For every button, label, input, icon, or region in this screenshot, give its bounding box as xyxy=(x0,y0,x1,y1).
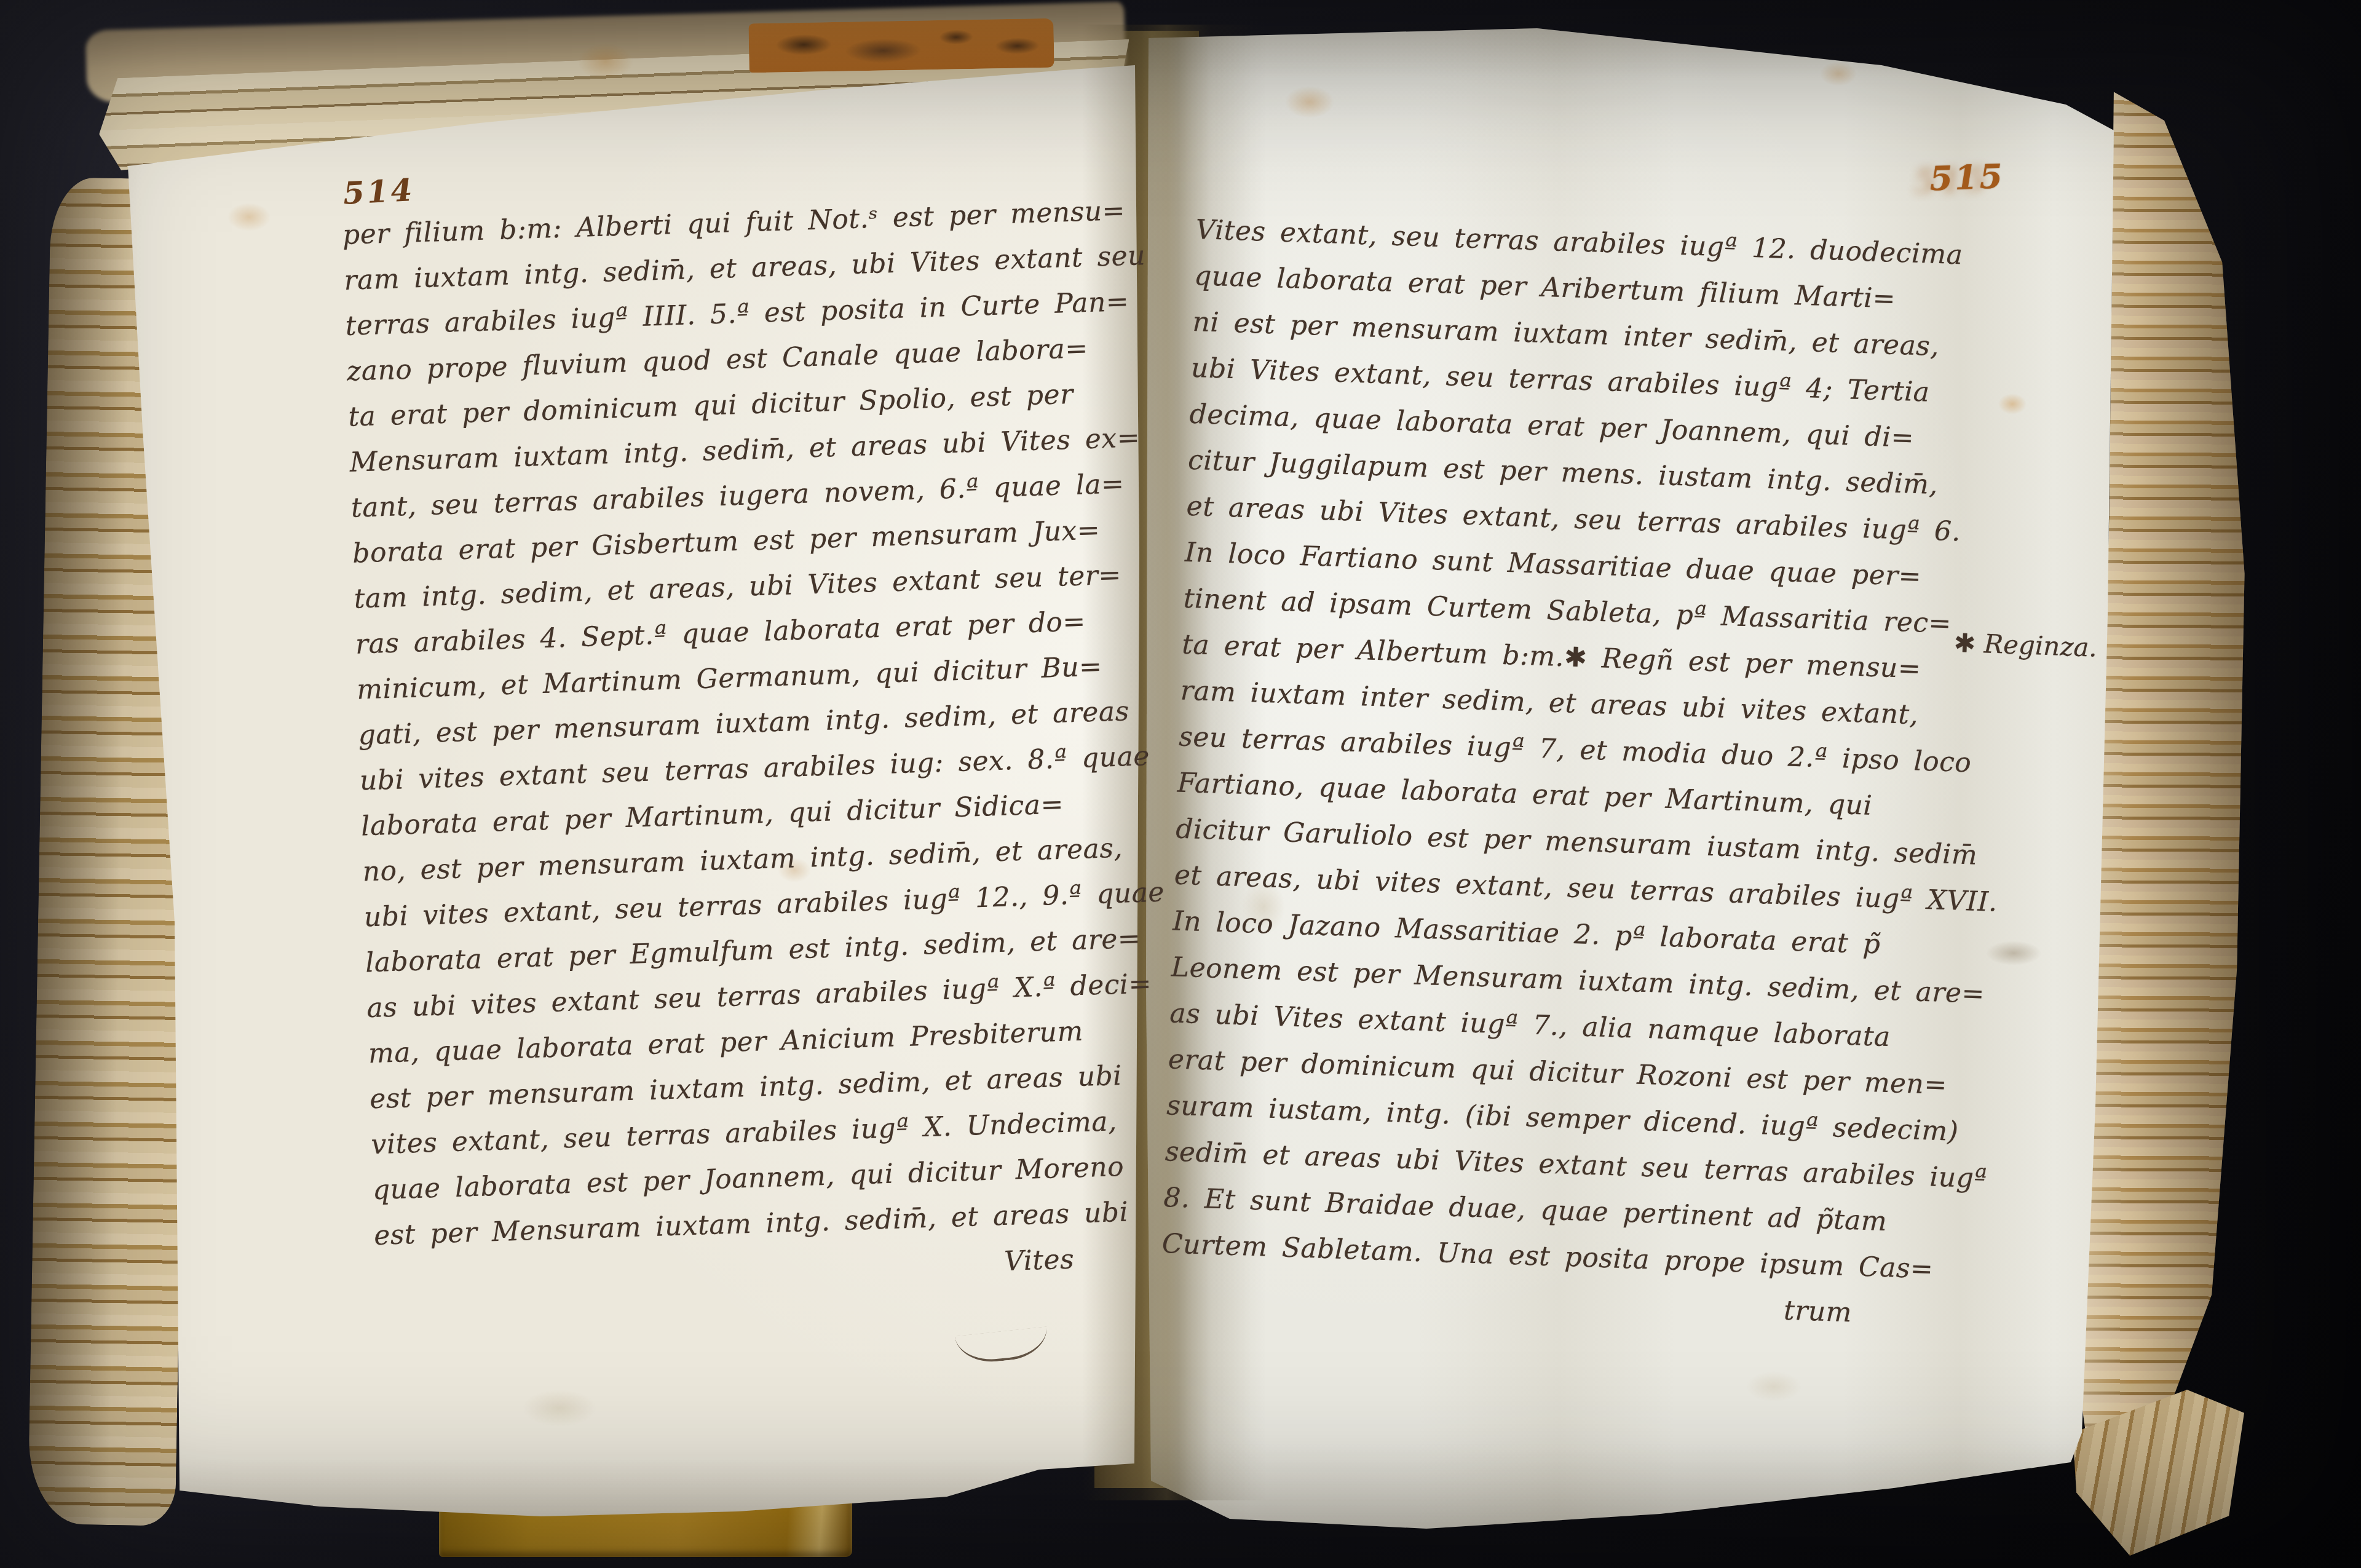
orange-cover-edge xyxy=(748,18,1054,73)
right-page-text: Vites extant, seu terras arabiles iugª 1… xyxy=(1160,207,1980,1339)
page-number-right: 515 xyxy=(1869,156,2005,200)
page-number-left: 514 xyxy=(342,172,416,212)
left-page-text: per filium b:m: Alberti qui fuit Not.ˢ e… xyxy=(342,189,1123,1304)
manuscript-photo: 514 515 per filium b:m: Alberti qui fuit… xyxy=(0,0,2361,1568)
